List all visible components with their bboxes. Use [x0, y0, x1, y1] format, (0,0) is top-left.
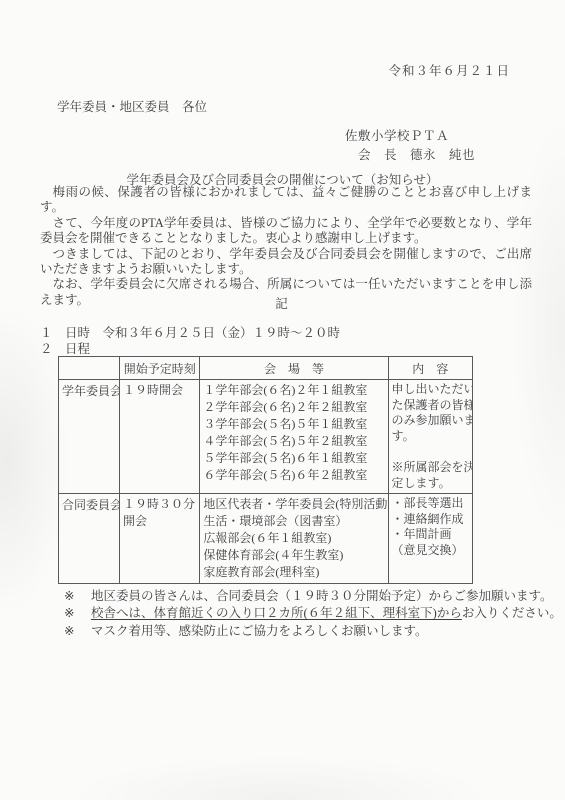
note-district-members: ※ 地区委員の皆さんは、合同委員会（１９時３０分開始予定）からご参加願います。: [64, 588, 562, 605]
scanned-notice-document: 令和３年６月２１日 学年委員・地区委員 各位 佐敷小学校ＰＴＡ 会 長 德永 純…: [0, 0, 565, 800]
time-line: １９時３０分: [123, 496, 196, 513]
row-content: ・部長等選出 ・連絡網作成 ・年間計画 （意見交換）: [388, 494, 472, 584]
schedule-table: 開始予定時刻 会 場 等 内 容 学年委員会 １９時開会 １学年部会(６名)２年…: [58, 356, 473, 584]
note-text-plain: 地区委員の皆さんは、合同委員会（１９時３０分開始予定）からご参加願います。: [91, 589, 553, 603]
row-name: 合同委員会: [59, 494, 120, 584]
row-venues: １学年部会(６名)２年１組教室 ２学年部会(６名)２年２組教室 ３学年部会(５名…: [200, 380, 388, 494]
note-text-plain: お入りください。: [462, 606, 562, 620]
paragraph-invitation: つきましては、下記のとおり、学年委員会及び合同委員会を開催しますので、ご出席いた…: [40, 247, 532, 278]
content-line: 定します。: [392, 476, 469, 492]
content-line: た保護者の皆様: [392, 398, 469, 414]
content-line: す。: [392, 429, 469, 445]
venue-line: 地区代表者・学年委員会(特別活動室): [203, 496, 384, 513]
content-line: [392, 444, 469, 460]
row-venues: 地区代表者・学年委員会(特別活動室) 生活・環境部会（図書室） 広報部会(６年１…: [200, 494, 388, 584]
note-text: 地区委員の皆さんは、合同委員会（１９時３０分開始予定）からご参加願います。: [91, 588, 553, 605]
sender-president-name: 会 長 德永 純也: [358, 145, 475, 163]
content-line: ・部長等選出: [392, 496, 469, 512]
record-marker: 記: [0, 294, 565, 312]
table-row-gakunen-iinkai: 学年委員会 １９時開会 １学年部会(６名)２年１組教室 ２学年部会(６名)２年２…: [59, 380, 473, 494]
venue-line: ５学年部会(５名)６年１組教室: [203, 450, 384, 467]
table-row-godo-iinkai: 合同委員会 １９時３０分 開会 地区代表者・学年委員会(特別活動室) 生活・環境…: [59, 494, 473, 584]
note-text: マスク着用等、感染防止にご協力をよろしくお願いします。: [91, 623, 428, 640]
time-line: 開会: [123, 513, 196, 530]
content-line: ・年間計画: [392, 527, 469, 543]
item-schedule-label: ２ 日程: [40, 339, 90, 357]
sender-organization: 佐敷小学校ＰＴＡ: [345, 126, 449, 144]
venue-line: ６学年部会(５名)６年２組教室: [203, 467, 384, 484]
note-text-underlined: 校舎へは、体育館近くの入り口２カ所(６年２組下、理科室下)から: [91, 606, 462, 620]
document-date: 令和３年６月２１日: [388, 61, 510, 79]
row-start-time: １９時３０分 開会: [120, 494, 200, 584]
venue-line: １学年部会(６名)２年１組教室: [203, 382, 384, 399]
venue-line: ２学年部会(６名)２年２組教室: [203, 399, 384, 416]
content-line: 申し出いただい: [392, 382, 469, 398]
venue-line: 生活・環境部会（図書室）: [203, 513, 384, 530]
note-marker-icon: ※: [64, 623, 91, 640]
note-marker-icon: ※: [64, 588, 91, 605]
header-venue: 会 場 等: [200, 357, 388, 380]
content-line: ※所属部会を決: [392, 460, 469, 476]
paragraph-greeting: 梅雨の候、保護者の皆様におかれましては、益々ご健勝のこととお喜び申し上げます。: [40, 185, 532, 216]
note-entrance: ※ 校舎へは、体育館近くの入り口２カ所(６年２組下、理科室下)からお入りください…: [64, 605, 562, 622]
venue-line: ３学年部会(５名)５年１組教室: [203, 416, 384, 433]
table-header-row: 開始予定時刻 会 場 等 内 容: [59, 357, 473, 380]
venue-line: ４学年部会(５名)５年２組教室: [203, 433, 384, 450]
venue-line: 保健体育部会(４年生教室): [203, 547, 384, 564]
row-name: 学年委員会: [59, 380, 120, 494]
venue-line: 広報部会(６年１組教室): [203, 530, 384, 547]
time-line: [123, 399, 196, 416]
body-paragraphs: 梅雨の候、保護者の皆様におかれましては、益々ご健勝のこととお喜び申し上げます。 …: [40, 185, 532, 308]
row-start-time: １９時開会: [120, 380, 200, 494]
note-marker-icon: ※: [64, 605, 91, 622]
header-content: 内 容: [388, 357, 472, 380]
header-empty: [59, 357, 120, 380]
note-mask: ※ マスク着用等、感染防止にご協力をよろしくお願いします。: [64, 623, 562, 640]
content-line: のみ参加願いま: [392, 413, 469, 429]
recipient-line: 学年委員・地区委員 各位: [57, 97, 207, 115]
note-text: 校舎へは、体育館近くの入り口２カ所(６年２組下、理科室下)からお入りください。: [91, 605, 562, 622]
content-line: ・連絡網作成: [392, 512, 469, 528]
footnotes: ※ 地区委員の皆さんは、合同委員会（１９時３０分開始予定）からご参加願います。 …: [64, 588, 562, 640]
paragraph-thanks: さて、今年度のPTA学年委員は、皆様のご協力により、全学年で必要数となり、学年委…: [40, 216, 532, 247]
venue-line: 家庭教育部会(理科室): [203, 564, 384, 581]
row-content: 申し出いただい た保護者の皆様 のみ参加願いま す。 ※所属部会を決 定します。: [388, 380, 472, 494]
header-start-time: 開始予定時刻: [120, 357, 200, 380]
time-line: １９時開会: [123, 382, 196, 399]
content-line: （意見交換）: [392, 543, 469, 559]
note-text-plain: マスク着用等、感染防止にご協力をよろしくお願いします。: [91, 624, 428, 638]
